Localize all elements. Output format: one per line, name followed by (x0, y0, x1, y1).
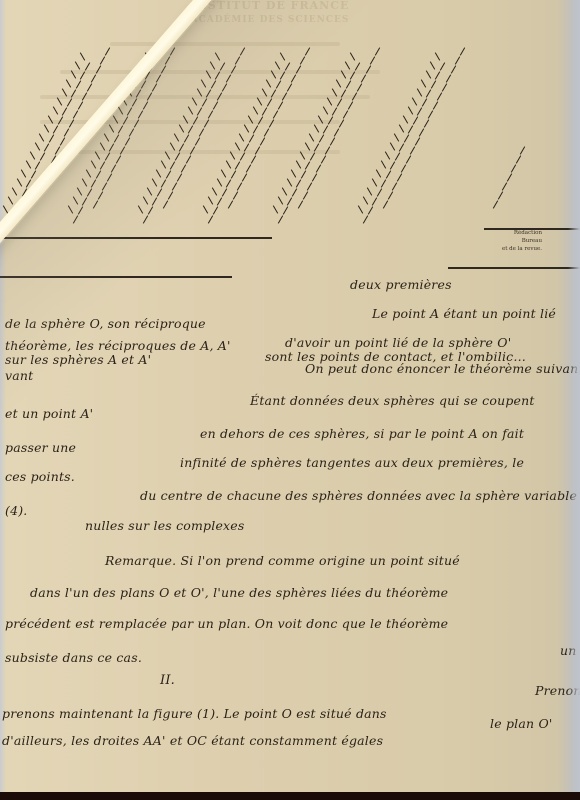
hatch-stroke (208, 215, 213, 223)
manuscript-line: dans l'un des plans O et O', l'une des s… (30, 585, 448, 600)
hatch-stroke (21, 169, 26, 177)
hatch-stroke (207, 196, 212, 204)
hatch-stroke (345, 61, 350, 69)
hatch-stroke (66, 98, 71, 106)
hatch-stroke (370, 56, 375, 64)
hatch-stroke (405, 155, 410, 163)
manuscript-line: Étant données deux sphères qui se coupen… (250, 393, 535, 408)
hatch-stroke (59, 137, 64, 145)
hatch-stroke (376, 169, 381, 177)
hatch-stroke (394, 152, 399, 160)
hatch-stroke (35, 161, 40, 169)
hatch-stroke (12, 187, 17, 195)
hatch-stroke (64, 128, 69, 136)
hatch-stroke (53, 125, 58, 133)
hatch-stroke (423, 119, 428, 127)
hatch-stroke (362, 196, 367, 204)
hatch-stroke (277, 196, 282, 204)
hatch-stroke (62, 107, 67, 115)
hatch-stroke (403, 134, 408, 142)
hatch-stroke (437, 92, 442, 100)
hatch-stroke (345, 80, 350, 88)
hatch-stroke (311, 173, 316, 181)
hatch-stroke (421, 79, 426, 87)
hatch-stroke (367, 187, 372, 195)
hatch-stroke (439, 62, 444, 70)
hatch-stroke (515, 155, 520, 163)
hatch-stroke (358, 205, 363, 213)
hatch-stroke (374, 47, 379, 55)
hatch-stroke (455, 56, 460, 64)
hatch-stroke (459, 47, 464, 55)
hatch-stroke (334, 128, 339, 136)
hatch-stroke (282, 206, 287, 214)
hatch-stroke (428, 110, 433, 118)
hatch-stroke (250, 155, 255, 163)
hatch-stroke (39, 152, 44, 160)
hatch-stroke (232, 191, 237, 199)
hatch-stroke (410, 146, 415, 154)
manuscript-page: INSTITUT DE FRANCE ACADÉMIE DES SCIENCES… (0, 0, 580, 792)
hatch-stroke (291, 169, 296, 177)
hatch-stroke (286, 178, 291, 186)
manuscript-line: (4). (5, 503, 27, 518)
hatch-stroke (48, 134, 53, 142)
hatch-stroke (412, 97, 417, 105)
manuscript-line: précédent est remplacée par un plan. On … (5, 616, 448, 631)
hatch-stroke (228, 200, 233, 208)
hatch-stroke (226, 179, 231, 187)
hatch-stroke (412, 116, 417, 124)
hatch-stroke (259, 137, 264, 145)
hatch-stroke (52, 106, 57, 114)
hatch-stroke (235, 161, 240, 169)
hatch-stroke (77, 101, 82, 109)
hatch-stroke (336, 98, 341, 106)
hatch-stroke (361, 74, 366, 82)
hatch-stroke (430, 61, 435, 69)
hatch-stroke (394, 133, 399, 141)
hatch-stroke (7, 196, 12, 204)
hatch-stroke (336, 79, 341, 87)
hatch-stroke (407, 106, 412, 114)
hatch-stroke (30, 151, 35, 159)
hatch-stroke (408, 125, 413, 133)
hatch-stroke (387, 191, 392, 199)
hatch-stroke (426, 89, 431, 97)
hatch-stroke (416, 88, 421, 96)
page-edge (568, 0, 580, 792)
hatch-stroke (86, 83, 91, 91)
hatch-stroke (318, 134, 323, 142)
hatch-stroke (282, 187, 287, 195)
hatch-stroke (497, 191, 502, 199)
hatch-stroke (216, 178, 221, 186)
hatch-stroke (356, 83, 361, 91)
hatch-stroke (278, 215, 283, 223)
hatch-stroke (381, 179, 386, 187)
hatch-stroke (241, 173, 246, 181)
hatch-stroke (343, 110, 348, 118)
hatch-stroke (332, 107, 337, 115)
hatch-stroke (349, 52, 354, 60)
hatch-stroke (300, 170, 305, 178)
manuscript-line: le plan O' (490, 716, 553, 731)
hatch-stroke (230, 170, 235, 178)
manuscript-line: Le point A étant un point lié (372, 306, 556, 321)
hatch-stroke (390, 161, 395, 169)
manuscript-line: nulles sur les complexes (85, 518, 245, 533)
hatch-stroke (307, 182, 312, 190)
hatch-stroke (75, 61, 80, 69)
hatch-stroke (493, 200, 498, 208)
hatch-stroke (25, 160, 30, 168)
hatch-stroke (380, 160, 385, 168)
manuscript-line: infinité de sphères tangentes aux deux p… (180, 455, 524, 470)
hatch-stroke (246, 164, 251, 172)
hatch-stroke (322, 106, 327, 114)
hatch-stroke (417, 107, 422, 115)
hatch-stroke (298, 200, 303, 208)
hatch-stroke (43, 124, 48, 132)
hatch-stroke (273, 205, 278, 213)
hatch-stroke (432, 101, 437, 109)
manuscript-line: subsiste dans ce cas. (5, 650, 142, 665)
hatch-stroke (421, 98, 426, 106)
hatch-stroke (430, 80, 435, 88)
hatch-stroke (376, 188, 381, 196)
hatch-stroke (502, 182, 507, 190)
hatch-stroke (104, 47, 109, 55)
manuscript-line: et un point A' (5, 406, 93, 421)
hatch-stroke (347, 101, 352, 109)
hatch-stroke (16, 178, 21, 186)
hatch-stroke (221, 188, 226, 196)
hatch-stroke (75, 80, 80, 88)
hatch-stroke (44, 143, 49, 151)
hatch-stroke (30, 170, 35, 178)
hatch-stroke (305, 161, 310, 169)
hatch-stroke (203, 205, 208, 213)
hatch-stroke (66, 79, 71, 87)
hatch-stroke (385, 151, 390, 159)
hatch-stroke (446, 74, 451, 82)
printed-stamp: Rédaction Bureau et de la revue. (482, 229, 542, 253)
hatch-stroke (399, 143, 404, 151)
hatch-stroke (323, 125, 328, 133)
hatch-stroke (385, 170, 390, 178)
hatch-stroke (372, 197, 377, 205)
hatch-stroke (313, 124, 318, 132)
hatch-stroke (320, 155, 325, 163)
hatch-stroke (291, 188, 296, 196)
hatch-stroke (425, 70, 430, 78)
hatch-stroke (309, 133, 314, 141)
hatch-stroke (212, 206, 217, 214)
hatch-stroke (287, 197, 292, 205)
hatch-stroke (371, 178, 376, 186)
hatch-stroke (398, 124, 403, 132)
hatch-stroke (73, 110, 78, 118)
hatch-stroke (39, 133, 44, 141)
manuscript-line: deux premières (350, 277, 452, 292)
horizontal-rule (448, 267, 580, 269)
hatch-stroke (414, 137, 419, 145)
hatch-stroke (511, 164, 516, 172)
hatch-stroke (520, 146, 525, 154)
manuscript-line: d'avoir un point lié de la sphère O' (285, 335, 511, 350)
hatch-stroke (363, 215, 368, 223)
hatch-stroke (302, 191, 307, 199)
manuscript-line: en dehors de ces sphères, si par le poin… (200, 426, 524, 441)
manuscript-line: Remarque. Si l'on prend comme origine un… (105, 553, 460, 568)
hatch-stroke (34, 142, 39, 150)
hatch-stroke (91, 74, 96, 82)
hatch-stroke (435, 71, 440, 79)
hatch-stroke (212, 187, 217, 195)
hatch-stroke (264, 128, 269, 136)
hatch-stroke (396, 173, 401, 181)
hatch-stroke (79, 52, 84, 60)
manuscript-line: ces points. (5, 469, 75, 484)
hatch-stroke (295, 160, 300, 168)
hatch-stroke (506, 173, 511, 181)
hatch-stroke (389, 142, 394, 150)
hatch-stroke (403, 115, 408, 123)
manuscript-line: du centre de chacune des sphères données… (140, 488, 577, 503)
hatch-stroke (296, 179, 301, 187)
hatch-stroke (419, 128, 424, 136)
stamp-line: et de la revue. (482, 245, 542, 253)
hatch-stroke (450, 65, 455, 73)
manuscript-line: d'ailleurs, les droites AA' et OC étant … (2, 733, 383, 748)
scan-border (0, 792, 580, 800)
hatch-stroke (316, 164, 321, 172)
manuscript-line: passer une (5, 440, 76, 455)
hatch-stroke (441, 83, 446, 91)
hatch-stroke (217, 197, 222, 205)
manuscript-line: On peut donc énoncer le théorème suivant (305, 361, 580, 376)
stamp-line: Rédaction (482, 229, 542, 237)
hatch-stroke (434, 52, 439, 60)
manuscript-line: prenons maintenant la figure (1). Le poi… (2, 706, 387, 721)
hatch-stroke (329, 137, 334, 145)
hatch-stroke (237, 182, 242, 190)
stamp-line: Bureau (482, 237, 542, 245)
hatch-stroke (383, 200, 388, 208)
section-heading: II. (160, 673, 175, 688)
hatch-stroke (392, 182, 397, 190)
hatch-stroke (367, 206, 372, 214)
hatch-stroke (100, 56, 105, 64)
hatch-stroke (401, 164, 406, 172)
